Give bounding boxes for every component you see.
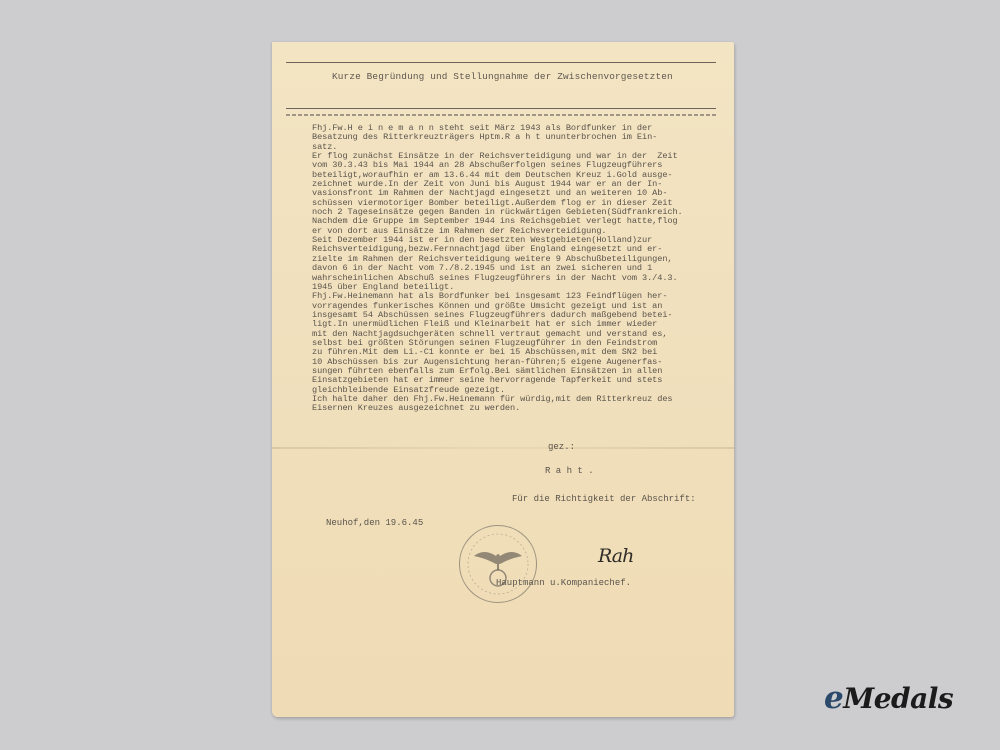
rank-title: Hauptmann u.Kompaniechef. [496,578,631,588]
heading-bottom-rule [286,108,716,109]
document-body: Fhj.Fw.H e i n e m a n n steht seit März… [312,124,722,414]
signed-label: gez.: [548,442,575,452]
signed-name: R a h t . [545,466,594,476]
top-rule [286,62,716,63]
official-stamp-icon [459,525,537,603]
logo-name: Medals [843,682,953,715]
body-line: Besatzung des Ritterkreuzträgers Hptm.R … [312,133,722,142]
document-heading: Kurze Begründung und Stellungnahme der Z… [332,71,712,82]
dashed-rule [286,114,716,116]
body-line: Eisernen Kreuzes ausgezeichnet zu werden… [312,404,722,413]
place-date: Neuhof,den 19.6.45 [326,518,423,528]
certification-line: Für die Richtigkeit der Abschrift: [512,494,696,504]
document-page: Kurze Begründung und Stellungnahme der Z… [272,42,734,717]
logo-prefix: e [824,680,843,716]
handwritten-signature: Rah [598,545,633,567]
fold-crease [272,447,734,449]
emedals-watermark-logo: eMedals [824,680,953,716]
